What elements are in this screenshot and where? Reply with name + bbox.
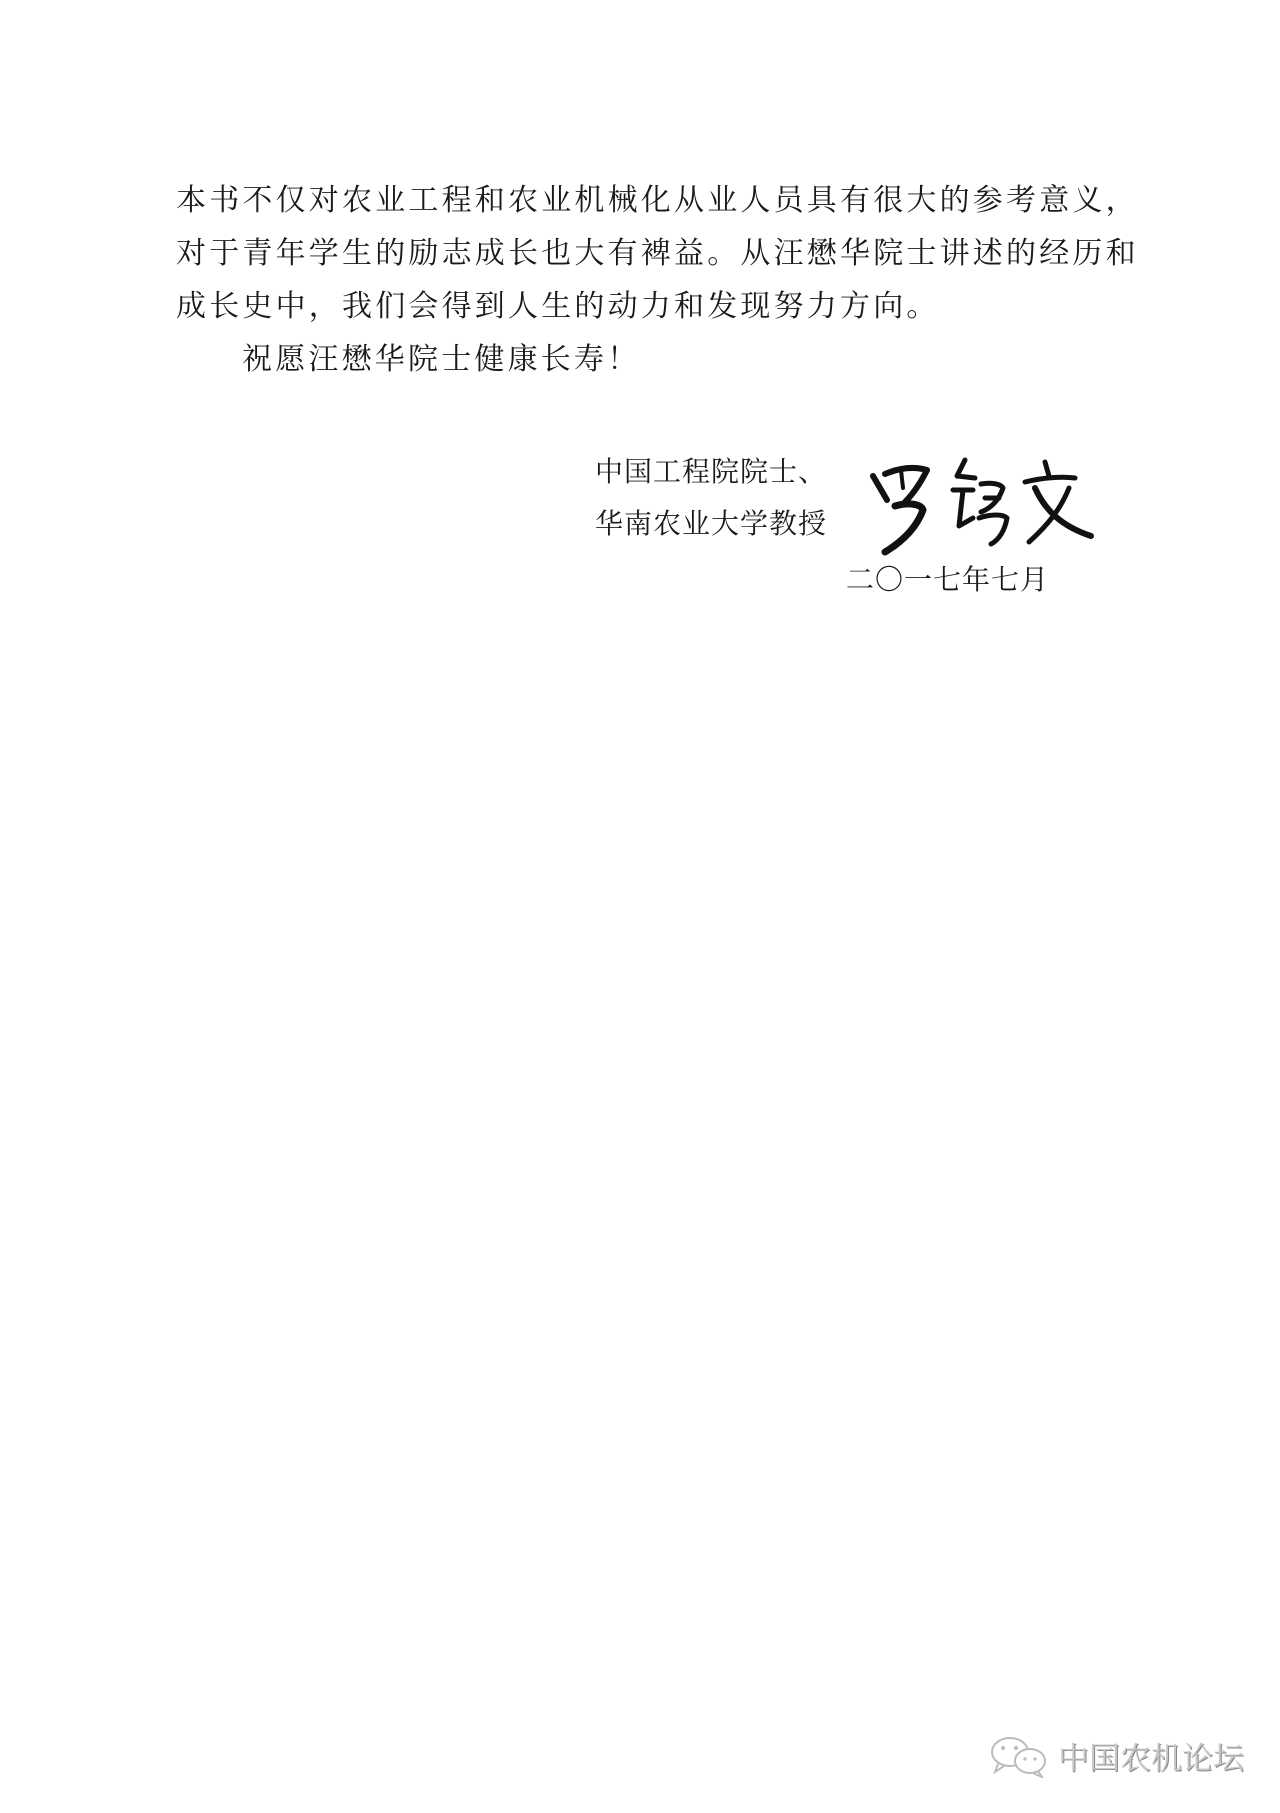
closing-wish: 祝愿汪懋华院士健康长寿！ bbox=[176, 333, 1136, 386]
wechat-icon bbox=[988, 1734, 1050, 1778]
watermark: 中国农机论坛 bbox=[988, 1733, 1244, 1778]
paragraph-line-2: 对于青年学生的励志成长也大有裨益。从汪懋华院士讲述的经历和 bbox=[176, 227, 1136, 280]
paragraph-line-3: 成长史中，我们会得到人生的动力和发现努力方向。 bbox=[176, 280, 1136, 333]
author-title-line-1: 中国工程院院士、 bbox=[595, 446, 827, 498]
handwritten-signature bbox=[865, 448, 1095, 558]
document-page: 本书不仅对农业工程和农业机械化从业人员具有很大的参考意义， 对于青年学生的励志成… bbox=[0, 0, 1280, 1813]
author-title-line-2: 华南农业大学教授 bbox=[595, 498, 827, 550]
signature-block: 中国工程院院士、 华南农业大学教授 bbox=[595, 446, 827, 550]
signature-icon bbox=[865, 448, 1095, 558]
watermark-text: 中国农机论坛 bbox=[1058, 1733, 1244, 1778]
paragraph-line-1: 本书不仅对农业工程和农业机械化从业人员具有很大的参考意义， bbox=[176, 174, 1136, 227]
preface-paragraph: 本书不仅对农业工程和农业机械化从业人员具有很大的参考意义， 对于青年学生的励志成… bbox=[176, 174, 1136, 386]
signing-date: 二〇一七年七月 bbox=[846, 558, 1049, 598]
